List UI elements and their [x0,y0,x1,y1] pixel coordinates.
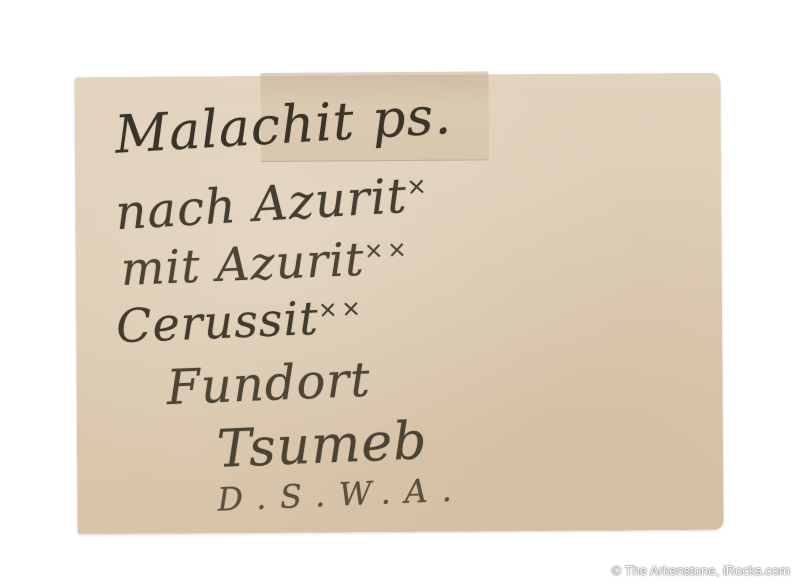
label-line-text: nach Azurit [114,168,409,241]
label-line-3: mit Azurit×× [120,230,412,296]
label-line-4: Cerussit×× [115,289,366,353]
copyright-watermark: © The Arkenstone, iRocks.com [612,563,790,578]
label-line-5: Fundort [165,352,371,416]
label-line-mark: ×× [318,296,366,324]
label-line-text: mit Azurit [120,232,366,296]
label-line-text: Fundort [165,352,371,416]
label-line-6: Tsumeb [216,411,429,480]
label-line-text: Cerussit [115,291,320,353]
label-line-mark: ×× [363,237,411,265]
specimen-label-card: Malachit ps. nach Azurit× mit Azurit×× C… [74,73,723,534]
label-line-mark: × [406,172,432,201]
label-line-text: Tsumeb [216,411,429,480]
